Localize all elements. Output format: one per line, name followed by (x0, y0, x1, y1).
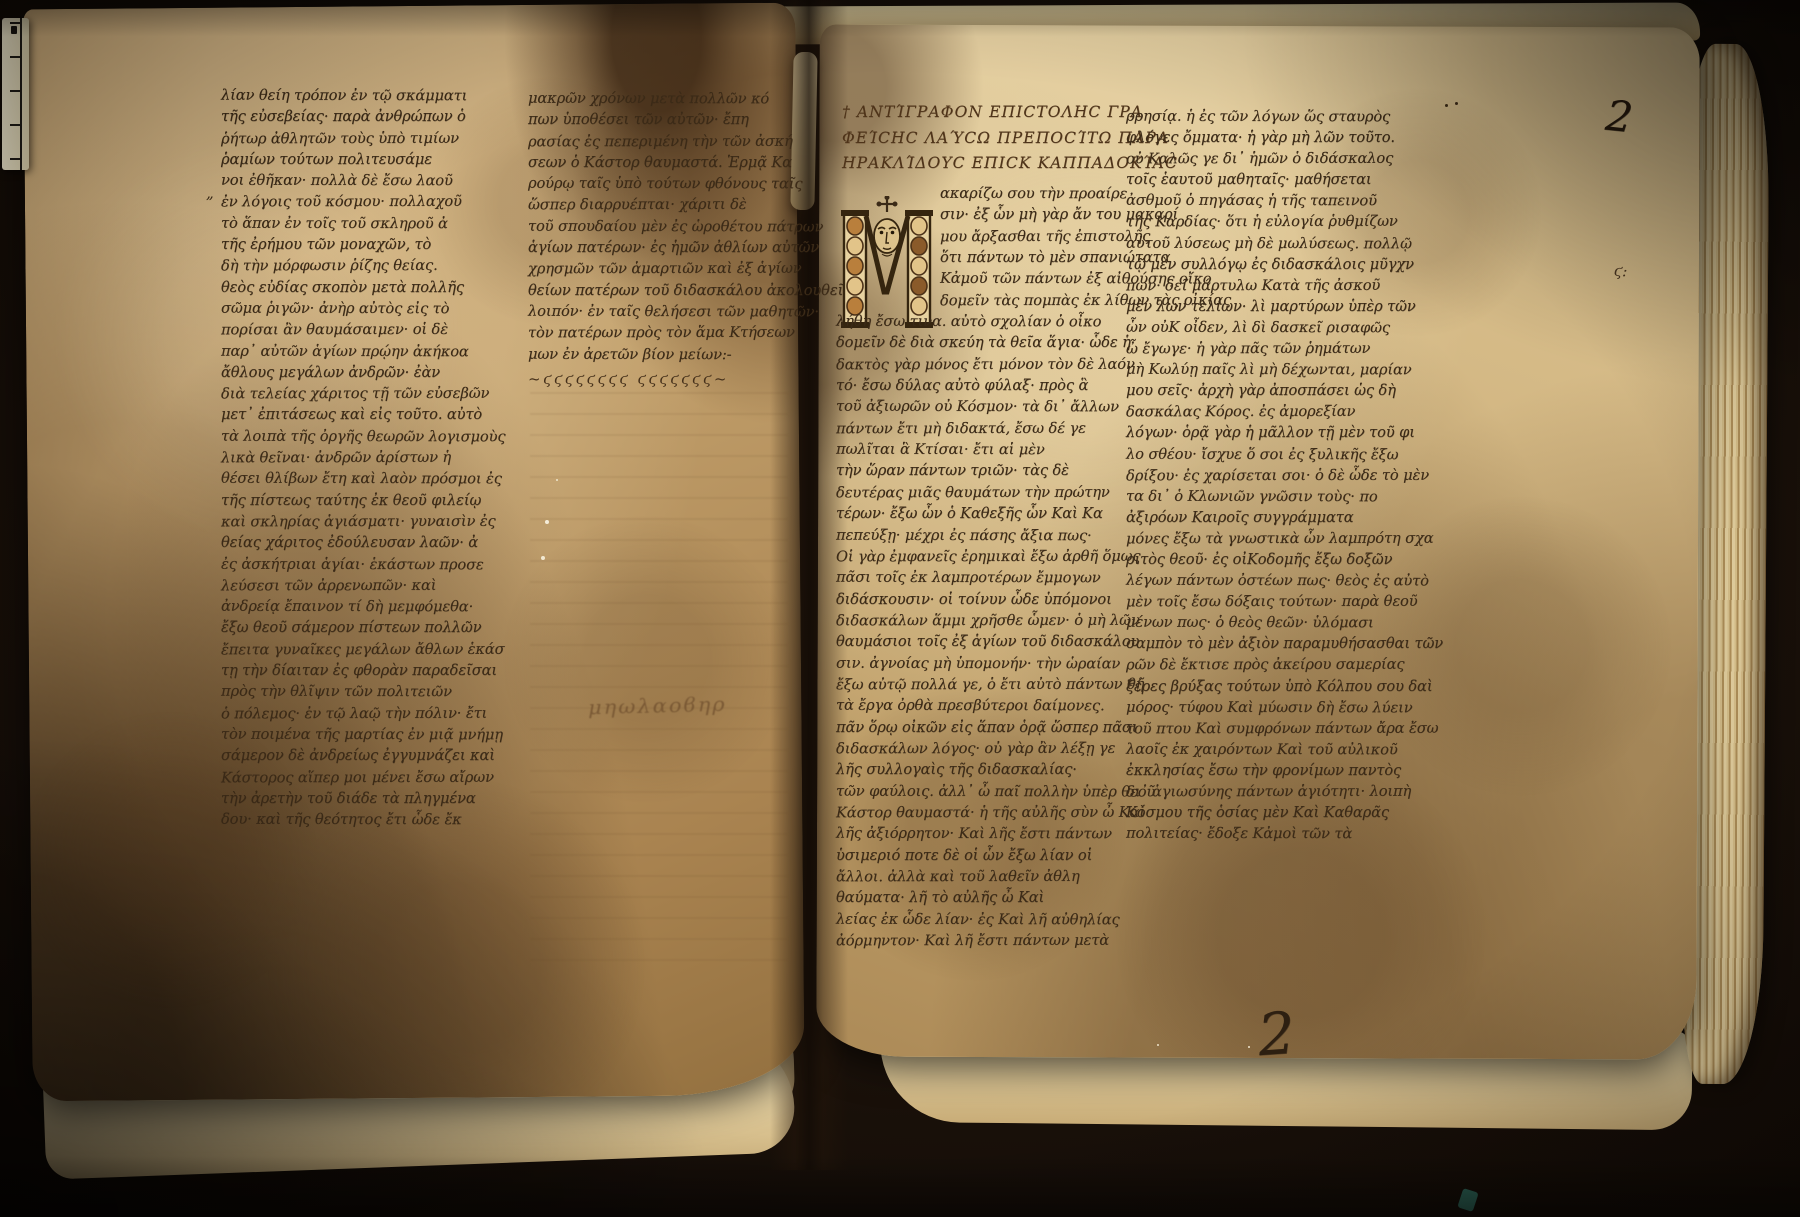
manuscript-line: θείας χάριτος ἐδούλευσαν λαῶν· ἀ (221, 532, 531, 553)
manuscript-line: μὲν λων τελίων· λὶ μαρτύρων ὑπὲρ τῶν (1126, 296, 1426, 317)
manuscript-line: Κάστορος αἵπερ μοι μένει ἔσω αἴρων (221, 766, 531, 788)
manuscript-line: πᾶσι τοῖς ἐκ λαμπροτέρων ἔμμογων (836, 567, 1132, 589)
manuscript-line: πρὸς τὴν θλῖψιν τῶν πολιτειῶν (221, 681, 531, 703)
manuscript-line: λικὰ θεῖναι· ἀνδρῶν ἀρίστων ἡ (221, 447, 531, 469)
manuscript-line: ξέρες βρύξας τούτων ὑπὸ Κόλπου σου δαὶ (1126, 676, 1426, 697)
manuscript-line: τὸν πατέρων πρὸς τὸν ἅμα Κτήσεων (528, 322, 800, 344)
manuscript-line: θαυμάσιοι τοῖς ἐξ ἁγίων τοῦ διδασκάλου (836, 631, 1132, 652)
fore-edge-siglum: ϛ: (1613, 262, 1628, 281)
column-end: ~ϛϛϛϛϛϛϛϛ ϛϛϛϛϛϛϛ~ (528, 365, 800, 390)
manuscript-line: ῥήτωρ ἀθλητῶν τοὺς ὑπὸ τιμίων (221, 127, 531, 149)
quire-number: 2 (1256, 999, 1298, 1069)
manuscript-line: μου ἄρξασθαι τῆς ἐπιστολῆς (940, 225, 1132, 247)
manuscript-line: πων· δεῖ μάρτυλω Κατὰ τῆς ἀσκοῦ (1126, 274, 1426, 296)
manuscript-line: δὴ τὴν μόρφωσιν ῥίζης θείας. (221, 255, 531, 277)
manuscript-line: ρρησίᾳ. ἡ ἐς τῶν λόγων ὥς σταυρὸς (1126, 106, 1426, 128)
ribbon-marker (1457, 1188, 1478, 1212)
left-column-1: λίαν θείη τρόπον ἐν τῷ σκάμματιτῆς εὐσεβ… (221, 85, 531, 830)
manuscript-line: δευτέρας μιᾶς θαυμάτων τὴν πρώτην (836, 482, 1132, 504)
manuscript-line: ἐν λόγοις τοῦ κόσμου· πολλαχοῦ (221, 191, 531, 213)
manuscript-line: σιν. ἀγνοίας μὴ ὑπομονήν· τὴν ὡραίαν (836, 652, 1132, 674)
manuscript-line: τοῦ πτου Καὶ συμφρόνων πάντων ἄρα ἔσω (1126, 717, 1426, 739)
pen-trial-scribble: μηωλαοϐηρ (588, 693, 727, 719)
manuscript-line: θείων πατέρων τοῦ διδασκάλου ἀκολουθεῖ (528, 280, 800, 301)
manuscript-line: τῃ τὴν δίαιταν ἐς φθορὰν παραδεῖσαι (221, 660, 531, 681)
manuscript-line: ριτὸς θεοῦ· ἐς οἰΚοδομῆς ἔξω δοξῶν (1126, 549, 1426, 570)
manuscript-line: ἔξω θεοῦ σάμερον πίστεων πολλῶν (221, 617, 531, 638)
manuscript-line: ἁγίων πατέρων· ἐς ἡμῶν ἀθλίων αὐτῶν (528, 237, 800, 258)
manuscript-line: σῶμα ῥιγῶν· ἀνὴρ αὐτὸς εἰς τὸ (221, 298, 531, 320)
rubric-line: † ΑΝΤΊΓΡΑΦΟΝ ΕΠΙϹΤΟΛΗϹ ΓΡΑ (842, 100, 1162, 126)
manuscript-line: ἄλλοι. ἀλλὰ καὶ τοῦ λαθεῖν ἀθλη (836, 866, 1132, 888)
manuscript-line: οὐ Καλῶς γε δι᾽ ἡμῶν ὁ διδάσκαλος (1126, 148, 1426, 170)
manuscript-line: μακρῶν χρόνων μετὰ πολλῶν κό (528, 88, 800, 110)
manuscript-line: τὴν ὥραν πάντων τριῶν· τὰς δὲ (836, 460, 1132, 481)
manuscript-line: πολιτείας· ἔδοξε Κἀμοὶ τῶν τὰ (1126, 823, 1426, 845)
manuscript-line: ὅτι πάντων τὸ μὲν σπανιώτατα (940, 247, 1132, 268)
manuscript-line: μόρος· τύφου Καὶ μύωσιν δὴ ἔσω λύειν (1126, 696, 1426, 718)
photographic-scale-ruler (2, 18, 29, 170)
manuscript-line: δομεῖν τὰς πομπὰς ἐκ λίθων τὰς οἰκίας (940, 290, 1132, 312)
manuscript-line: ὥσπερ διαρρυέπται· χάριτι δὲ (528, 194, 800, 216)
manuscript-line: Κάστορ θαυμαστά· ἡ τῆς αὐλῆς σὺν ὦ Καὶ (836, 802, 1132, 824)
manuscript-line: ρασίας ἐς πεπεριμένη τὴν τῶν ἀσκή (528, 130, 800, 152)
manuscript-line: τῆς εὐσεβείας· παρὰ ἀνθρώπων ὁ (221, 106, 531, 127)
manuscript-line: φλόγες ὄμματα· ἡ γὰρ μὴ λῶν τοῦτο. (1126, 127, 1426, 148)
ruler-line (20, 18, 22, 170)
manuscript-line: λέγων πάντων ὀστέων πως· θεὸς ἐς αὐτὸ (1126, 570, 1426, 592)
manuscript-line: μένων πως· ὁ θεὸς θεῶν· ὑλόμασι (1126, 612, 1426, 634)
manuscript-line: αὐτοῦ λύσεως μὴ δὲ μωλύσεως. πολλῷ (1126, 232, 1426, 254)
manuscript-line: ὦ ἔγωγε· ἡ γὰρ πᾶς τῶν ῥημάτων (1126, 338, 1426, 360)
parchment-specks (545, 520, 549, 524)
manuscript-line: τῶν φαύλοις. ἀλλ᾽ ὦ παῖ πολλὴν ὑπὲρ θεοῦ (836, 780, 1132, 802)
manuscript-line: πᾶν ὅρῳ οἰκῶν εἰς ἅπαν ὁρᾷ ὥσπερ πᾶσι (836, 717, 1132, 738)
manuscript-line: λείας ἐκ ὧδε λίαν· ἐς Καὶ λῆ αὐθηλίας (836, 908, 1132, 930)
manuscript-line: ἔξω αὐτῷ πολλά γε, ὁ ἔτι αὐτὸ πάντων θῇ (836, 674, 1132, 696)
manuscript-line: τὸ ἅπαν ἐν τοῖς τοῦ σκληροῦ ἀ (221, 212, 531, 234)
manuscript-line: σάμερον δὲ ἀνδρείως ἐγγυμνάζει καὶ (221, 745, 531, 766)
manuscript-line: ὑσιμεριό ποτε δὲ οἱ ὧν ἔξω λίαν οἱ (836, 845, 1132, 866)
manuscript-line: μων ἐν ἀρετῶν βίον μείων:- (528, 343, 800, 365)
manuscript-line: διδασκάλων λόγος· οὐ γὰρ ἂν λέξῃ γε (836, 738, 1132, 760)
left-column-2: μακρῶν χρόνων μετὰ πολλῶν κόπων ὑποθέσει… (528, 88, 800, 365)
manuscript-line: τῆς Καρδίας· ὅτι ἡ εὐλογία ῥυθμίζων (1126, 211, 1426, 233)
manuscript-line: θεὸς εὐδίας σκοπὸν μετὰ πολλῆς (221, 277, 531, 298)
manuscript-line: λοιπόν· ἐν ταῖς θελήσεσι τῶν μαθητῶν· (528, 301, 800, 323)
manuscript-line: δακτὸς γὰρ μόνος ἔτι μόνον τὸν δὲ λαόν (836, 353, 1132, 375)
manuscript-line: ἄθλους μεγάλων ἀνδρῶν· ἐὰν (221, 362, 531, 383)
manuscript-line: μόνες ἔξω τὰ γνωστικὰ ὧν λαμπρότη σχα (1126, 528, 1426, 550)
margin-mark: „ (206, 184, 214, 202)
manuscript-line: τέρων· ἔξω ὧν ὁ Καθεξῆς ὧν Καὶ Κα (836, 503, 1132, 524)
manuscript-line: τῷ μὲν συλλόγῳ ἐς διδασκάλοις μῦγχν (1126, 254, 1426, 275)
manuscript-line: ἀξιρόων Καιροῖς συγγράμματα (1126, 507, 1426, 528)
tailpiece-squiggle: ~ϛϛϛϛϛϛϛϛ ϛϛϛϛϛϛϛ~ (528, 369, 800, 390)
manuscript-line: τοῦ ἀξιωρῶν οὐ Κόσμον· τὰ δι᾽ ἄλλων (836, 396, 1132, 418)
manuscript-line: διδάσκουσιν· οἱ τοίνυν ὧδε ὑπόμονοι (836, 589, 1132, 610)
manuscript-line: τοῖς ἑαυτοῦ μαθηταῖς· μαθήσεται (1126, 169, 1426, 190)
manuscript-line: διὰ τελείας χάριτος τῇ τῶν εὐσεβῶν (221, 383, 531, 405)
manuscript-line: πεπεύξῃ· μέχρι ἐς πάσης ἄξια πως· (836, 524, 1132, 546)
manuscript-line: ἀνδρείᾳ ἔπαινον τί δὴ μεμφόμεθα· (221, 596, 531, 618)
manuscript-line: δομεῖν δὲ διὰ σκεύη τὰ θεῖα ἅγια· ὧδε ἡ (836, 332, 1132, 353)
rubric-line: ΗΡΑΚΛΊΔΟΥϹ ΕΠΙϹΚ ΚΑΠΠΑΔΟΚΊΑϹ (842, 151, 1162, 177)
manuscript-line: μὲν τοῖς ἔσω δόξαις τούτων· παρὰ θεοῦ (1126, 591, 1426, 613)
manuscript-line: Οἱ γὰρ ἐμφανεῖς ἐρημικαὶ ἔξω ἀρθῆ ὅμως (836, 546, 1132, 568)
right-column-1: ακαρίζω σου τὴν προαίρεσιν· ἐξ ὧν μὴ γὰρ… (836, 183, 1132, 951)
manuscript-line: ἀόρμηντον· Καὶ λῆ ἔστι πάντων μετὰ (836, 930, 1132, 952)
manuscript-line: σεων ὁ Κάστορ θαυμαστά. Ἑρμᾷ Κα (528, 152, 800, 173)
manuscript-line: πορίσαι ἂν θαυμάσαιμεν· οἱ δὲ (221, 319, 531, 341)
manuscript-line: νοι ἐθῆκαν· πολλὰ δὲ ἔσω λαοῦ (221, 170, 531, 192)
manuscript-line: παρ᾽ αὐτῶν ἁγίων πρῴην ἀκήκοα (221, 340, 531, 362)
manuscript-line: τό· ἔσω δύλας αὐτὸ φύλαξ· πρὸς ἃ (836, 375, 1132, 396)
manuscript-line: τῆς ἐρήμου τῶν μοναχῶν, τὸ (221, 234, 531, 255)
manuscript-line: λῆς ἀξιόρρητον· Καὶ λῆς ἔστι πάντων (836, 823, 1132, 845)
ruler-ticks (10, 22, 20, 166)
manuscript-line: ῥαμίων τούτων πολιτευσάμε (221, 149, 531, 170)
folio-number: 2 (1604, 91, 1636, 143)
manuscript-line: λεύσεσι τῶν ἀρρενωπῶν· καὶ (221, 575, 531, 597)
manuscript-line: δρίξου· ἐς χαρίσεται σοι· ὁ δὲ ὧδε τὸ μὲ… (1126, 464, 1426, 486)
manuscript-line: τα δι᾽ ὁ Κλωνιῶν γνῶσιν τοὺς· πο (1126, 485, 1426, 507)
manuscript-line: πων ὑποθέσει τῶν αὐτῶν· ἔπη (528, 109, 800, 130)
manuscript-line: ακαρίζω σου τὴν προαίρε (940, 183, 1132, 205)
manuscript-line: πάντων ἔτι μὴ διδακτά, ἔσω δέ γε (836, 417, 1132, 439)
manuscript-line: ἔπειτα γυναῖκες μεγάλων ἄθλων ἑκάσ (221, 638, 531, 660)
manuscript-line: ἐς ἀσκήτριαι ἁγίαι· ἑκάστων προσε (221, 553, 531, 575)
manuscript-line: μὴ Κωλύῃ παῖς λὶ μὴ δέχωνται, μαρίαν (1126, 359, 1426, 381)
manuscript-line: ὁ πόλεμος· ἐν τῷ λαῷ τὴν πόλιν· ἔτι (221, 702, 531, 724)
manuscript-line: Κόσμου τῆς ὁσίας μὲν Καὶ Καθαρᾶς (1126, 802, 1426, 823)
manuscript-line: ἀσθμοῦ ὁ πηγάσας ἡ τῆς ταπεινοῦ (1126, 190, 1426, 212)
manuscript-line: δου· καὶ τῆς θεότητος ἔτι ὧδε ἔκ (221, 809, 531, 831)
manuscript-line: σαμπὸν τὸ μὲν ἀξιὸν παραμυθήσασθαι τῶν (1126, 633, 1426, 654)
manuscript-line: καὶ σκληρίας ἁγιάσματι· γυναισὶν ἐς (221, 511, 531, 533)
manuscript-line: τὴν ἀρετὴν τοῦ διάδε τὰ πληγμένα (221, 788, 531, 809)
ink-dots (1445, 104, 1448, 107)
manuscript-line: ὧν οὐΚ οἶδεν, λὶ δὶ δασκεῖ ρισαφῶς (1126, 317, 1426, 339)
manuscript-line: λῆς συλλογαὶς τῆς διδασκαλίας· (836, 759, 1132, 780)
manuscript-line: λόγων· ὁρᾷ γὰρ ἡ μᾶλλον τῇ μὲν τοῦ φι (1126, 422, 1426, 443)
manuscript-line: τὰ λοιπὰ τῆς ὀργῆς θεωρῶν λογισμοὺς (221, 425, 531, 447)
manuscript-line: μου σεῖς· ἀρχὴ γὰρ ἀποσπάσει ὡς δὴ (1126, 380, 1426, 401)
manuscript-line: ρούρῳ ταῖς ὑπὸ τούτων φθόνους ταῖς (528, 173, 800, 195)
manuscript-line: χρησμῶν τῶν ἁμαρτιῶν καὶ ἐξ ἁγίων (528, 258, 800, 280)
manuscript-line: μετ᾽ ἐπιτάσεως καὶ εἰς τοῦτο. αὐτὸ (221, 404, 531, 425)
rubric-title: † ΑΝΤΊΓΡΑΦΟΝ ΕΠΙϹΤΟΛΗϹ ΓΡΑΦΕΊϹΗϹ ΛΑΎϹΩ Π… (842, 100, 1162, 177)
manuscript-line: τοῦ σπουδαίου μὲν ἐς ὡροθέτου πάτρων (528, 215, 800, 237)
manuscript-line: τὰ ἔργα ὀρθὰ πρεσβύτεροι δαίμονες. (836, 695, 1132, 717)
manuscript-line: λο σθέου· ἴσχυε ὅ σοι ἐς ξυλικῆς ἔξω (1126, 443, 1426, 465)
manuscript-photograph: λίαν θείη τρόπον ἐν τῷ σκάμματιτῆς εὐσεβ… (0, 0, 1800, 1217)
manuscript-line: τὸν ποιμένα τῆς μαρτίας ἐν μιᾷ μνήμῃ (221, 724, 531, 746)
manuscript-line: τῆς πίστεως ταύτης ἐκ θεοῦ φιλείῳ (221, 490, 531, 511)
manuscript-line: διδασκάλων ἅμμι χρῆσθε ὧμεν· ὁ μὴ λῶν (836, 610, 1132, 632)
manuscript-line: δι᾽ ἁγιωσύνης πάντων ἁγιότητι· λοιπὴ (1126, 781, 1426, 803)
manuscript-line: λίαν θείη τρόπον ἐν τῷ σκάμματι (221, 85, 531, 107)
right-column-2: ρρησίᾳ. ἡ ἐς τῶν λόγων ὥς σταυρὸςφλόγες … (1126, 106, 1426, 844)
manuscript-line: πωλῖται ἃ Κτίσαι· ἔτι αἱ μὲν (836, 439, 1132, 461)
manuscript-line: ἐκκλησίας ἔσω τὴν φρονίμων παντὸς (1126, 760, 1426, 781)
manuscript-line: λαοῖς ἐκ χαιρόντων Καὶ τοῦ αὐλικοῦ (1126, 738, 1426, 760)
manuscript-line: λήθη ἔσω τινα. αὐτὸ σχολίαν ὁ οἶκο (836, 311, 1132, 333)
manuscript-line: Κἀμοῦ τῶν πάντων ἐξ αἰθούσης οἴκο (940, 268, 1132, 290)
ruler-label-mark (11, 26, 17, 34)
manuscript-line: σιν· ἐξ ὧν μὴ γὰρ ἄν του μακαρί (940, 204, 1132, 225)
manuscript-line: θαύματα· λῆ τὸ αὐλῆς ὦ Καὶ (836, 887, 1132, 908)
manuscript-line: θέσει θλίβων ἔτη καὶ λαὸν πρόσμοι ἐς (221, 468, 531, 490)
rubric-line: ΦΕΊϹΗϹ ΛΑΎϹΩ ΠΡΕΠΟϹΊΤΩ ΠΑΡΑ (842, 126, 1162, 152)
manuscript-line: ρῶν δὲ ἔκτισε πρὸς ἀκείρου σαμερίας (1126, 654, 1426, 676)
manuscript-line: δασκάλας Κόρος. ἐς ἀμορεξίαν (1126, 401, 1426, 423)
